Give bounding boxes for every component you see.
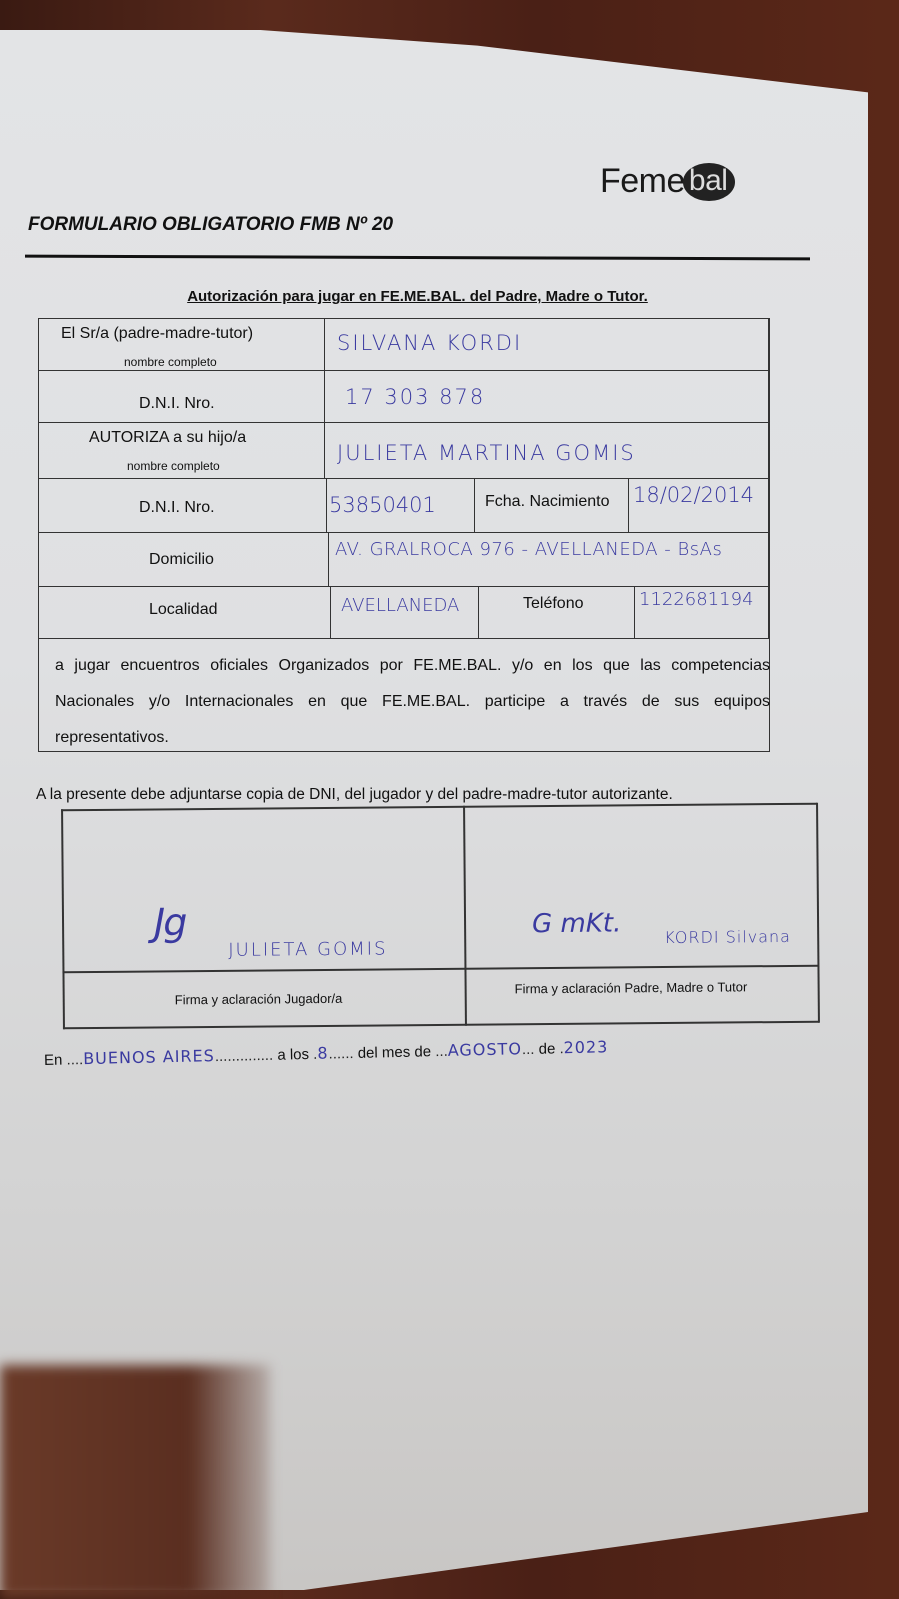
child-dni-value: 53850401: [329, 493, 436, 517]
parent-signature-label: Firma y aclaración Padre, Madre o Tutor: [515, 979, 748, 996]
month-field[interactable]: AGOSTO: [448, 1039, 523, 1060]
birth-label: Fcha. Nacimiento: [485, 493, 610, 511]
player-signature-initials: Jg: [154, 900, 186, 944]
femebal-logo: Femebal: [600, 162, 735, 201]
locality-label: Localidad: [149, 601, 218, 619]
authorization-text: a jugar encuentros oficiales Organizados…: [55, 648, 770, 756]
form-title: FORMULARIO OBLIGATORIO FMB Nº 20: [28, 214, 393, 236]
finger-shadow: [0, 1365, 270, 1599]
attachment-note: A la presente debe adjuntarse copia de D…: [36, 786, 673, 804]
child-label: AUTORIZA a su hijo/a: [89, 429, 246, 447]
footer-en-label: En: [44, 1052, 63, 1069]
child-sublabel: nombre completo: [127, 459, 220, 473]
parent-signature-scribble: G mKt.: [532, 908, 622, 939]
parent-dni-value: 17 303 878: [345, 385, 485, 409]
city-field[interactable]: BUENOS AIRES: [83, 1046, 215, 1068]
parent-name-value: SILVANA KORDI: [337, 331, 522, 355]
logo-ball-icon: bal: [683, 163, 736, 201]
birth-date-value: 18/02/2014: [633, 483, 754, 507]
form-subtitle: Autorización para jugar en FE.ME.BAL. de…: [0, 288, 835, 305]
phone-value: 1122681194: [639, 589, 754, 610]
logo-text: Feme: [600, 162, 685, 201]
child-name-value: JULIETA MARTINA GOMIS: [337, 441, 636, 465]
parent-sublabel: nombre completo: [124, 355, 217, 369]
footer-mes-label: del mes de: [358, 1043, 432, 1062]
parent-label: El Sr/a (padre-madre-tutor): [61, 325, 253, 343]
player-signature-name: JULIETA GOMIS: [228, 938, 387, 960]
day-field[interactable]: 8: [317, 1044, 329, 1063]
parent-dni-label: D.N.I. Nro.: [139, 395, 215, 413]
signature-table: Jg JULIETA GOMIS Firma y aclaración Juga…: [61, 803, 819, 1030]
player-signature-label: Firma y aclaración Jugador/a: [175, 991, 343, 1007]
address-label: Domicilio: [149, 551, 214, 569]
phone-label: Teléfono: [523, 595, 584, 613]
locality-value: AVELLANEDA: [341, 595, 459, 616]
parent-signature-name: KORDI Silvana: [664, 927, 791, 947]
address-value: AV. GRALROCA 976 - AVELLANEDA - BsAs: [335, 539, 722, 560]
footer-de-label: de: [538, 1040, 555, 1057]
child-dni-label: D.N.I. Nro.: [139, 499, 215, 517]
footer-alos-label: a los: [277, 1046, 309, 1064]
year-field[interactable]: 2023: [563, 1037, 608, 1057]
